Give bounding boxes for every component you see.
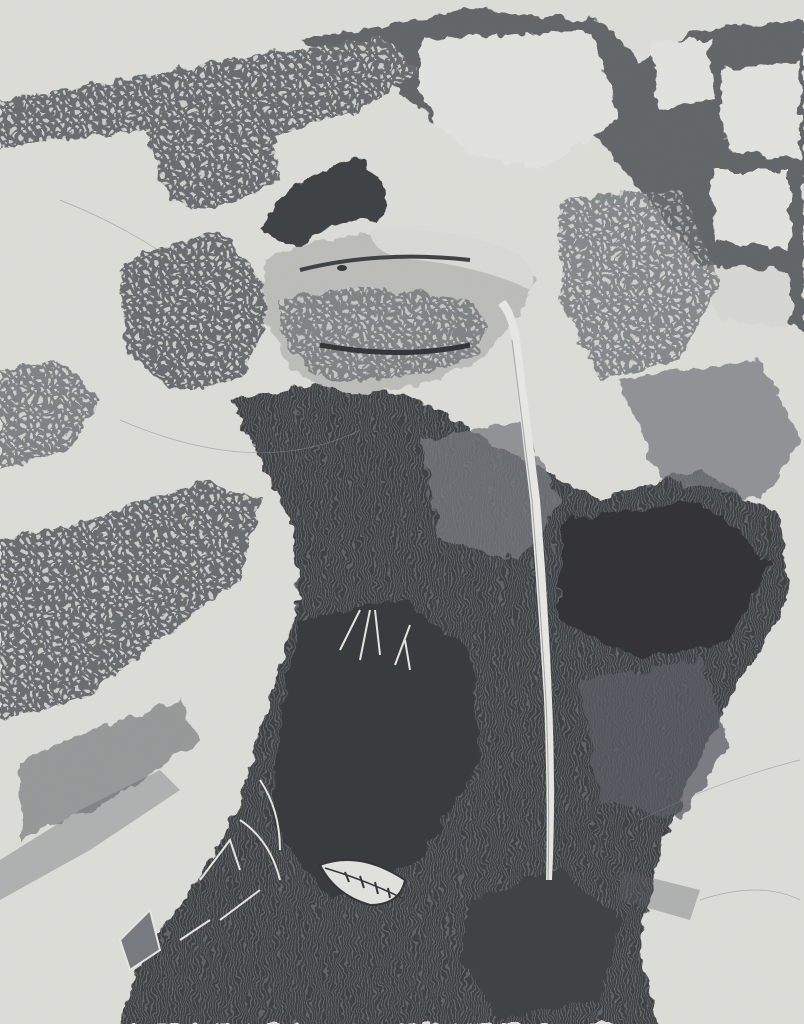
etching-canvas <box>0 0 804 1024</box>
etching-artwork <box>0 0 804 1024</box>
paper-grain <box>0 0 804 1024</box>
